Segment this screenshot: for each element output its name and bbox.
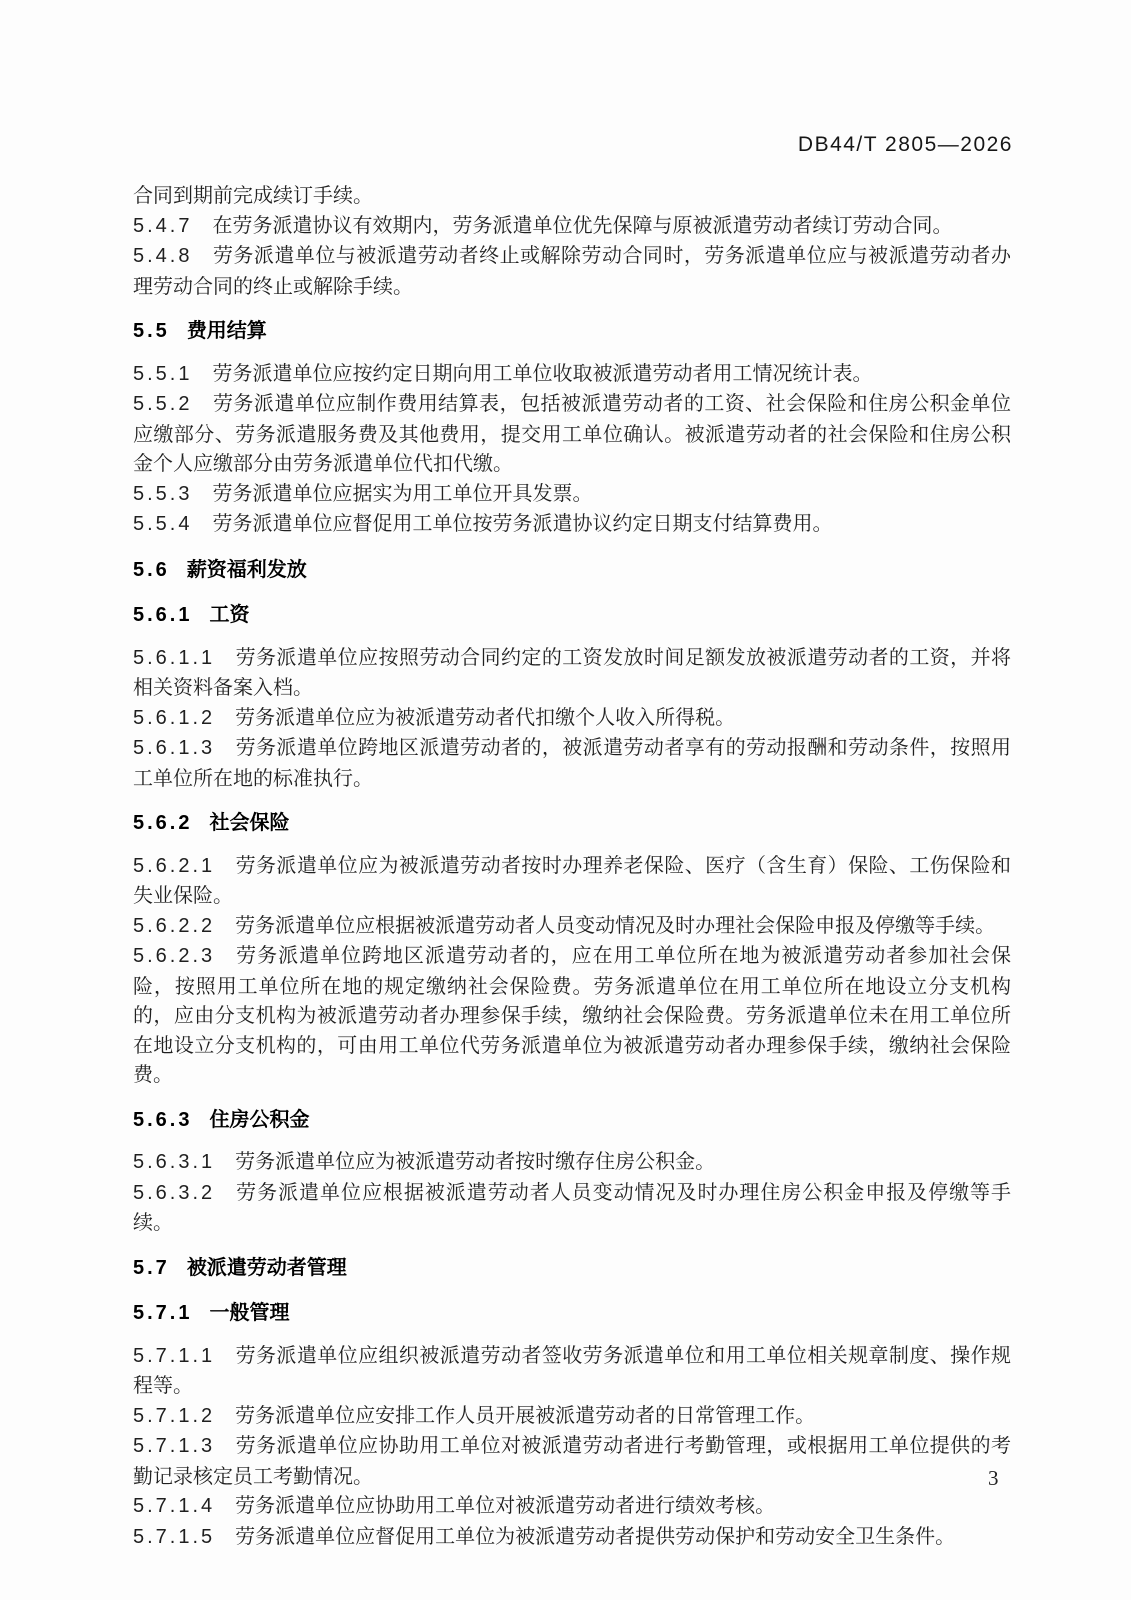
clause-number: 5.6.2 bbox=[133, 812, 192, 834]
clause-paragraph: 5.6.2.1劳务派遣单位应为被派遣劳动者按时办理养老保险、医疗（含生育）保险、… bbox=[133, 851, 1011, 911]
clause-paragraph: 5.5.3劳务派遣单位应据实为用工单位开具发票。 bbox=[133, 479, 1011, 510]
document-body: 合同到期前完成续订手续。5.4.7在劳务派遣协议有效期内，劳务派遣单位优先保障与… bbox=[133, 181, 1011, 1552]
clause-text: 劳务派遣单位跨地区派遣劳动者的，被派遣劳动者享有的劳动报酬和劳动条件，按照用工单… bbox=[133, 735, 1011, 790]
clause-number: 5.6.3 bbox=[133, 1109, 192, 1131]
clause-text: 劳务派遣单位应为被派遣劳动者按时办理养老保险、医疗（含生育）保险、工伤保险和失业… bbox=[133, 853, 1011, 908]
clause-number: 5.6.2.1 bbox=[133, 855, 215, 877]
document-code: DB44/T 2805—2026 bbox=[798, 133, 1013, 157]
clause-text: 在劳务派遣协议有效期内，劳务派遣单位优先保障与原被派遣劳动者续订劳动合同。 bbox=[212, 213, 952, 237]
clause-text: 劳务派遣单位应安排工作人员开展被派遣劳动者的日常管理工作。 bbox=[235, 1403, 815, 1427]
section-heading: 5.6.1工资 bbox=[133, 600, 1011, 631]
clause-paragraph: 5.4.8劳务派遣单位与被派遣劳动者终止或解除劳动合同时，劳务派遣单位应与被派遣… bbox=[133, 241, 1011, 301]
clause-paragraph: 5.6.2.3劳务派遣单位跨地区派遣劳动者的，应在用工单位所在地为被派遣劳动者参… bbox=[133, 941, 1011, 1090]
clause-text: 劳务派遣单位应督促用工单位为被派遣劳动者提供劳动保护和劳动安全卫生条件。 bbox=[235, 1524, 955, 1548]
clause-number: 5.7.1.2 bbox=[133, 1405, 215, 1427]
clause-text: 劳务派遣单位应按约定日期向用工单位收取被派遣劳动者用工情况统计表。 bbox=[212, 361, 872, 385]
clause-text: 劳务派遣单位应为被派遣劳动者代扣缴个人收入所得税。 bbox=[235, 705, 735, 729]
clause-text: 合同到期前完成续订手续。 bbox=[133, 183, 373, 207]
clause-number: 5.7.1 bbox=[133, 1302, 192, 1324]
clause-text: 劳务派遣单位与被派遣劳动者终止或解除劳动合同时，劳务派遣单位应与被派遣劳动者办理… bbox=[133, 243, 1011, 298]
clause-number: 5.7 bbox=[133, 1257, 170, 1279]
clause-text: 劳务派遣单位应根据被派遣劳动者人员变动情况及时办理社会保险申报及停缴等手续。 bbox=[235, 913, 995, 937]
clause-number: 5.4.8 bbox=[133, 245, 192, 267]
section-heading: 5.6.3住房公积金 bbox=[133, 1105, 1011, 1136]
clause-number: 5.5.3 bbox=[133, 483, 192, 505]
clause-text: 劳务派遣单位应为被派遣劳动者按时缴存住房公积金。 bbox=[235, 1149, 715, 1173]
clause-paragraph: 5.6.1.2劳务派遣单位应为被派遣劳动者代扣缴个人收入所得税。 bbox=[133, 703, 1011, 734]
heading-text: 薪资福利发放 bbox=[187, 557, 307, 581]
clause-paragraph: 5.6.3.2劳务派遣单位应根据被派遣劳动者人员变动情况及时办理住房公积金申报及… bbox=[133, 1178, 1011, 1238]
section-heading: 5.6薪资福利发放 bbox=[133, 555, 1011, 586]
section-heading: 5.5费用结算 bbox=[133, 316, 1011, 347]
clause-paragraph: 5.7.1.2劳务派遣单位应安排工作人员开展被派遣劳动者的日常管理工作。 bbox=[133, 1401, 1011, 1432]
heading-text: 住房公积金 bbox=[209, 1107, 309, 1131]
clause-paragraph: 5.5.2劳务派遣单位应制作费用结算表，包括被派遣劳动者的工资、社会保险和住房公… bbox=[133, 389, 1011, 479]
clause-paragraph: 5.7.1.4劳务派遣单位应协助用工单位对被派遣劳动者进行绩效考核。 bbox=[133, 1491, 1011, 1522]
clause-paragraph: 5.5.4劳务派遣单位应督促用工单位按劳务派遣协议约定日期支付结算费用。 bbox=[133, 509, 1011, 540]
clause-text: 劳务派遣单位应协助用工单位对被派遣劳动者进行绩效考核。 bbox=[235, 1493, 775, 1517]
document-page: DB44/T 2805—2026 合同到期前完成续订手续。5.4.7在劳务派遣协… bbox=[0, 0, 1131, 1600]
heading-text: 一般管理 bbox=[209, 1300, 289, 1324]
heading-text: 被派遣劳动者管理 bbox=[187, 1255, 347, 1279]
clause-paragraph: 合同到期前完成续订手续。 bbox=[133, 181, 1011, 211]
clause-text: 劳务派遣单位应制作费用结算表，包括被派遣劳动者的工资、社会保险和住房公积金单位应… bbox=[133, 391, 1011, 475]
clause-text: 劳务派遣单位应组织被派遣劳动者签收劳务派遣单位和用工单位相关规章制度、操作规程等… bbox=[133, 1343, 1011, 1398]
clause-number: 5.6.1.3 bbox=[133, 737, 215, 759]
clause-number: 5.6.3.1 bbox=[133, 1151, 215, 1173]
clause-number: 5.6 bbox=[133, 559, 170, 581]
clause-number: 5.6.2.3 bbox=[133, 945, 215, 967]
clause-number: 5.5.1 bbox=[133, 363, 192, 385]
clause-paragraph: 5.7.1.3劳务派遣单位应协助用工单位对被派遣劳动者进行考勤管理，或根据用工单… bbox=[133, 1431, 1011, 1491]
clause-number: 5.6.1.2 bbox=[133, 707, 215, 729]
page-number: 3 bbox=[988, 1466, 999, 1491]
section-heading: 5.7.1一般管理 bbox=[133, 1298, 1011, 1329]
clause-number: 5.7.1.4 bbox=[133, 1495, 215, 1517]
heading-text: 工资 bbox=[209, 602, 249, 626]
heading-text: 社会保险 bbox=[209, 810, 289, 834]
section-heading: 5.7被派遣劳动者管理 bbox=[133, 1253, 1011, 1284]
clause-number: 5.5.4 bbox=[133, 513, 192, 535]
clause-number: 5.6.1 bbox=[133, 604, 192, 626]
clause-paragraph: 5.7.1.1劳务派遣单位应组织被派遣劳动者签收劳务派遣单位和用工单位相关规章制… bbox=[133, 1341, 1011, 1401]
clause-number: 5.7.1.3 bbox=[133, 1435, 215, 1457]
clause-number: 5.7.1.5 bbox=[133, 1526, 215, 1548]
clause-number: 5.6.2.2 bbox=[133, 915, 215, 937]
clause-text: 劳务派遣单位应按照劳动合同约定的工资发放时间足额发放被派遣劳动者的工资，并将相关… bbox=[133, 645, 1011, 700]
clause-paragraph: 5.6.1.1劳务派遣单位应按照劳动合同约定的工资发放时间足额发放被派遣劳动者的… bbox=[133, 643, 1011, 703]
clause-paragraph: 5.6.1.3劳务派遣单位跨地区派遣劳动者的，被派遣劳动者享有的劳动报酬和劳动条… bbox=[133, 733, 1011, 793]
clause-number: 5.7.1.1 bbox=[133, 1345, 215, 1367]
clause-text: 劳务派遣单位跨地区派遣劳动者的，应在用工单位所在地为被派遣劳动者参加社会保险，按… bbox=[133, 943, 1011, 1086]
heading-text: 费用结算 bbox=[187, 318, 267, 342]
clause-paragraph: 5.7.1.5劳务派遣单位应督促用工单位为被派遣劳动者提供劳动保护和劳动安全卫生… bbox=[133, 1522, 1011, 1553]
clause-paragraph: 5.6.3.1劳务派遣单位应为被派遣劳动者按时缴存住房公积金。 bbox=[133, 1147, 1011, 1178]
clause-number: 5.5 bbox=[133, 320, 170, 342]
clause-number: 5.4.7 bbox=[133, 215, 192, 237]
clause-text: 劳务派遣单位应根据被派遣劳动者人员变动情况及时办理住房公积金申报及停缴等手续。 bbox=[133, 1180, 1011, 1235]
clause-paragraph: 5.5.1劳务派遣单位应按约定日期向用工单位收取被派遣劳动者用工情况统计表。 bbox=[133, 359, 1011, 390]
clause-text: 劳务派遣单位应协助用工单位对被派遣劳动者进行考勤管理，或根据用工单位提供的考勤记… bbox=[133, 1433, 1011, 1488]
clause-paragraph: 5.4.7在劳务派遣协议有效期内，劳务派遣单位优先保障与原被派遣劳动者续订劳动合… bbox=[133, 211, 1011, 242]
clause-paragraph: 5.6.2.2劳务派遣单位应根据被派遣劳动者人员变动情况及时办理社会保险申报及停… bbox=[133, 911, 1011, 942]
clause-text: 劳务派遣单位应据实为用工单位开具发票。 bbox=[212, 481, 592, 505]
clause-number: 5.6.3.2 bbox=[133, 1182, 215, 1204]
clause-text: 劳务派遣单位应督促用工单位按劳务派遣协议约定日期支付结算费用。 bbox=[212, 511, 832, 535]
section-heading: 5.6.2社会保险 bbox=[133, 808, 1011, 839]
clause-number: 5.5.2 bbox=[133, 393, 192, 415]
clause-number: 5.6.1.1 bbox=[133, 647, 215, 669]
